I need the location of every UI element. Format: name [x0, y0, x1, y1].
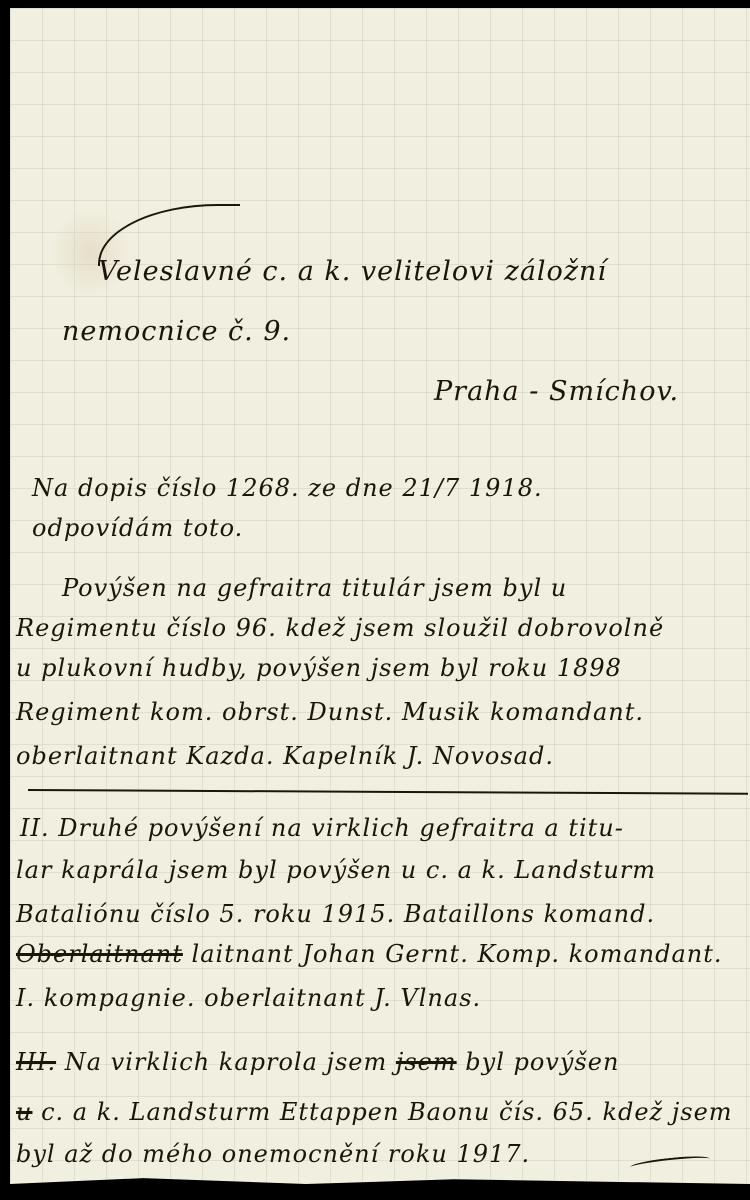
- section1-line-3: u plukovní hudby, povýšen jsem byl roku …: [16, 654, 622, 682]
- section1-line-4: Regiment kom. obrst. Dunst. Musik komand…: [16, 698, 644, 726]
- section3-numeral: III.: [16, 1048, 56, 1076]
- section2-line-4: Oberlaitnant laitnant Johan Gernt. Komp.…: [16, 940, 723, 968]
- section3-text-2: c. a k. Landsturm Ettappen Baonu čís. 65…: [41, 1098, 732, 1126]
- section2-text-4: laitnant Johan Gernt. Komp. komandant.: [192, 940, 723, 968]
- address-line-1: Veleslavné c. a k. velitelovi záložní: [98, 256, 607, 287]
- intro-line-2: odpovídám toto.: [32, 514, 243, 542]
- section3-line-1: III. Na virklich kaprola jsem jsem byl p…: [16, 1048, 619, 1076]
- section2-line-2: lar kaprála jsem byl povýšen u c. a k. L…: [16, 856, 656, 884]
- section1-line-2: Regimentu číslo 96. kdež jsem sloužil do…: [16, 614, 664, 642]
- section2-text-1: Druhé povýšení na virklich gefraitra a t…: [58, 814, 624, 842]
- struck-word: u: [16, 1098, 32, 1126]
- section3-text-1b: byl povýšen: [465, 1048, 619, 1076]
- section-divider: [28, 789, 748, 795]
- section3-text-1a: Na virklich kaprola jsem: [65, 1048, 388, 1076]
- section2-line-1: II. Druhé povýšení na virklich gefraitra…: [20, 814, 624, 842]
- section3-line-2: u c. a k. Landsturm Ettappen Baonu čís. …: [16, 1098, 733, 1126]
- section2-numeral: II.: [20, 814, 50, 842]
- letter-page: Veleslavné c. a k. velitelovi záložní ne…: [10, 8, 750, 1184]
- struck-word: jsem: [396, 1048, 457, 1076]
- address-line-2: nemocnice č. 9.: [62, 316, 291, 347]
- section2-line-5: I. kompagnie. oberlaitnant J. Vlnas.: [16, 984, 481, 1012]
- section1-line-5: oberlaitnant Kazda. Kapelník J. Novosad.: [16, 742, 554, 770]
- section2-line-3: Bataliónu číslo 5. roku 1915. Bataillons…: [16, 900, 655, 928]
- section3-line-3: byl až do mého onemocnění roku 1917.: [16, 1140, 530, 1168]
- struck-word: Oberlaitnant: [16, 940, 183, 968]
- intro-line-1: Na dopis číslo 1268. ze dne 21/7 1918.: [32, 474, 543, 502]
- section1-line-1: Povýšen na gefraitra titulár jsem byl u: [62, 574, 567, 602]
- address-line-3: Praha - Smíchov.: [434, 376, 679, 407]
- closing-swash: [630, 1154, 711, 1172]
